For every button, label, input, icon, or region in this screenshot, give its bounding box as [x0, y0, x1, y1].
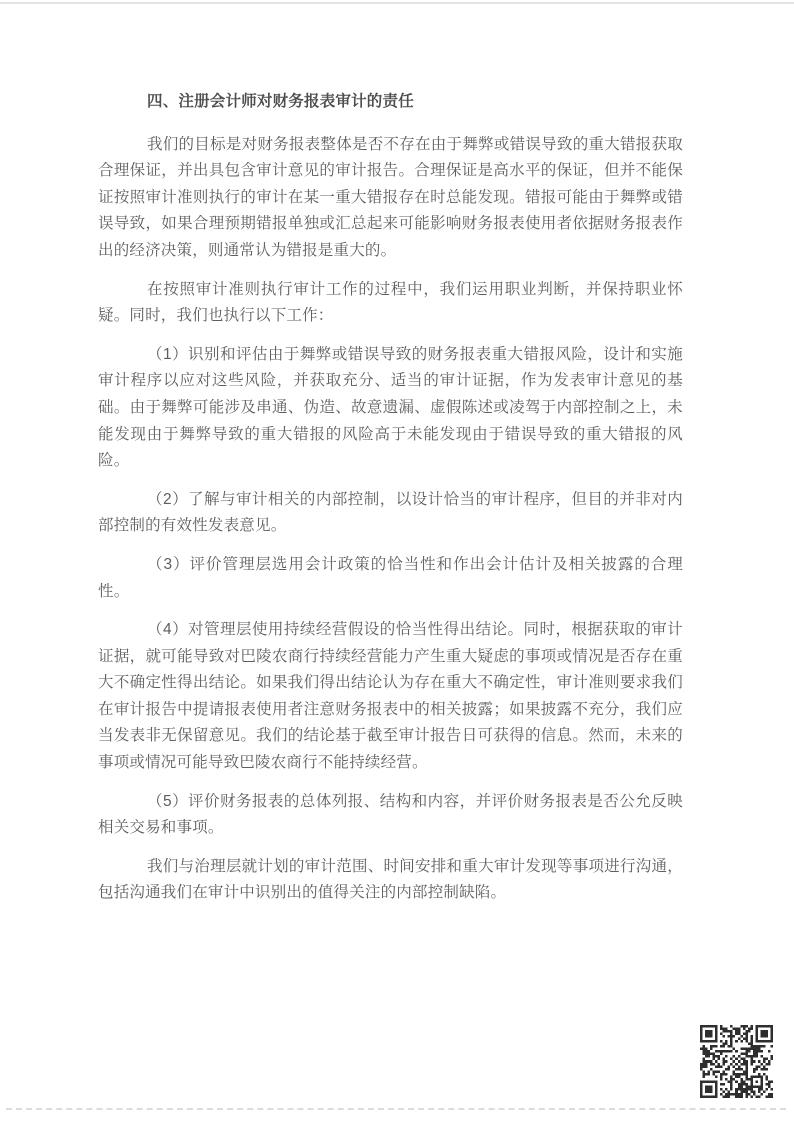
- qr-code-icon: [700, 1025, 773, 1098]
- paragraph-list: 我们的目标是对财务报表整体是否不存在由于舞弊或错误导致的重大错报获取合理保证，并…: [98, 132, 683, 907]
- scan-edge-bottom: [6, 1108, 786, 1110]
- paragraph: 在按照审计准则执行审计工作的过程中，我们运用职业判断，并保持职业怀疑。同时，我们…: [98, 277, 683, 330]
- document-page: 四、注册会计师对财务报表审计的责任 我们的目标是对财务报表整体是否不存在由于舞弊…: [0, 0, 794, 1122]
- paragraph: 我们与治理层就计划的审计范围、时间安排和重大审计发现等事项进行沟通，包括沟通我们…: [98, 854, 683, 907]
- section-heading: 四、注册会计师对财务报表审计的责任: [98, 89, 683, 116]
- paragraph: （4）对管理层使用持续经营假设的恰当性得出结论。同时，根据获取的审计证据，就可能…: [98, 617, 683, 777]
- paragraph: （3）评价管理层选用会计政策的恰当性和作出会计估计及相关披露的合理性。: [98, 552, 683, 605]
- paragraph: （1）识别和评估由于舞弊或错误导致的财务报表重大错报风险，设计和实施审计程序以应…: [98, 342, 683, 475]
- paragraph: （2）了解与审计相关的内部控制，以设计恰当的审计程序，但目的并非对内部控制的有效…: [98, 487, 683, 540]
- paragraph: 我们的目标是对财务报表整体是否不存在由于舞弊或错误导致的重大错报获取合理保证，并…: [98, 132, 683, 265]
- scan-edge-top: [0, 2, 794, 4]
- document-content: 四、注册会计师对财务报表审计的责任 我们的目标是对财务报表整体是否不存在由于舞弊…: [98, 89, 683, 919]
- paragraph: （5）评价财务报表的总体列报、结构和内容，并评价财务报表是否公允反映相关交易和事…: [98, 789, 683, 842]
